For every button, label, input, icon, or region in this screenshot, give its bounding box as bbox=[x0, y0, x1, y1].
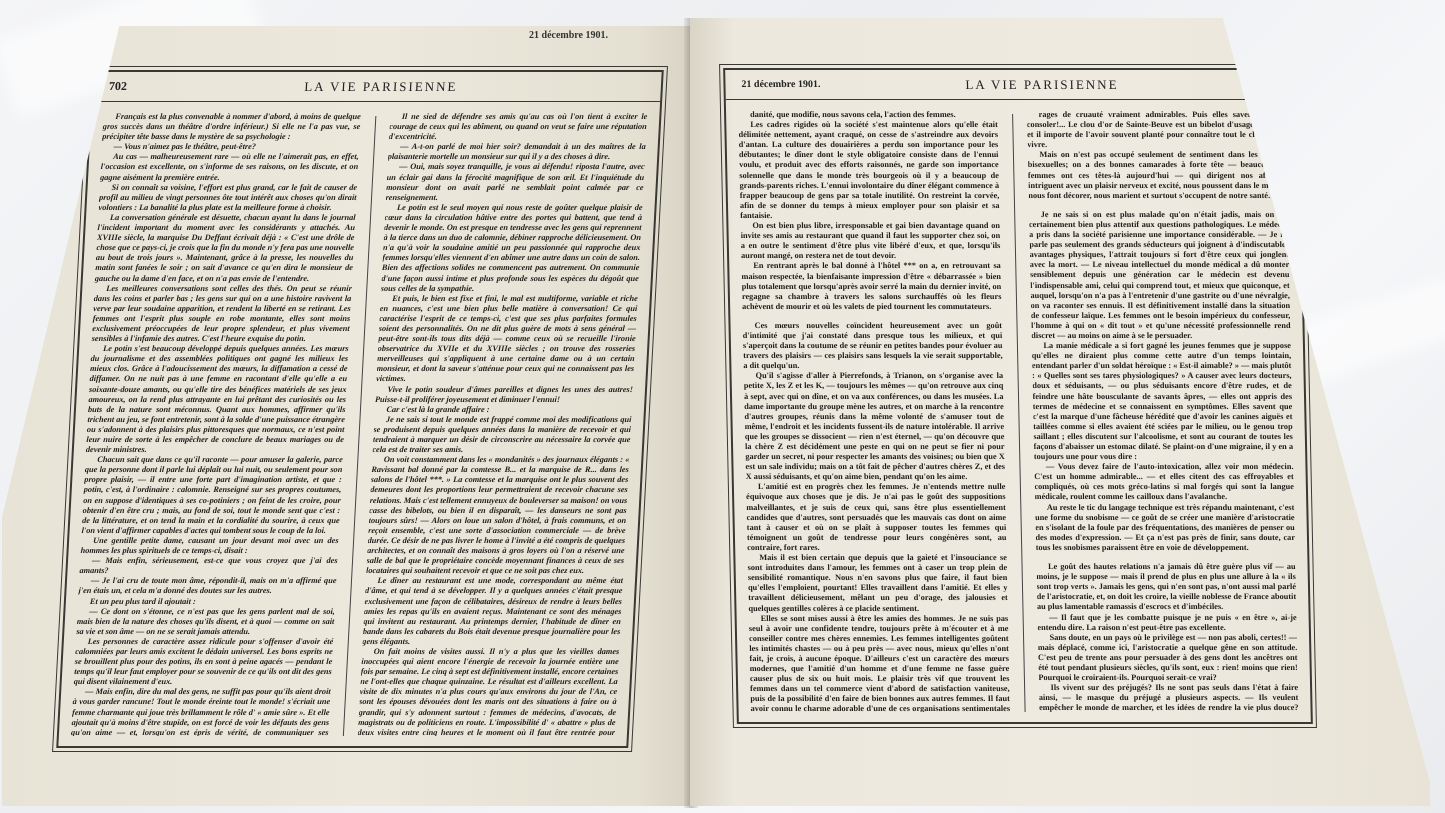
paragraph: En rentrant après le bal donné à l'hôtel… bbox=[741, 261, 1002, 311]
paragraph: Au reste le tic du langage technique est… bbox=[1035, 503, 1296, 553]
paragraph: La manie médicale a si fort gagné les je… bbox=[1031, 341, 1293, 462]
page-number: 703 bbox=[1263, 77, 1281, 92]
left-page-frame: 702 LA VIE PARISIENNE 00 Français est la… bbox=[56, 70, 664, 748]
right-page-columns: danité, que modifie, nous savons cela, l… bbox=[738, 110, 1299, 712]
paragraph: Sans doute, en un pays où le privilège e… bbox=[1037, 633, 1298, 683]
paragraph: — Oui, mais soyez tranquille, je vous ai… bbox=[385, 162, 645, 202]
paragraph: Ils vivent sur des préjugés? Ils ne sont… bbox=[1039, 683, 1299, 712]
left-page-columns: Français est la plus convenable à nommer… bbox=[71, 112, 648, 736]
right-column-1: danité, que modifie, nous savons cela, l… bbox=[738, 110, 1010, 712]
paragraph: — A-t-on parlé de moi hier soir? demanda… bbox=[387, 142, 646, 162]
paragraph: Et un peu plus tard il ajoutait : bbox=[78, 597, 336, 607]
left-page-date: 21 décembre 1901. bbox=[529, 30, 608, 41]
paragraph: On voit constamment dans les « mondanité… bbox=[366, 455, 630, 576]
paragraph: Le dîner au restaurant est une mode, cor… bbox=[362, 576, 623, 647]
paragraph: On est bien plus libre, irresponsable et… bbox=[740, 221, 1000, 261]
paragraph: Les cadres rigides où la société s'est m… bbox=[738, 120, 1000, 221]
paragraph: rages de cruauté vraiment admirables. Pu… bbox=[1027, 110, 1287, 150]
page-number: 702 bbox=[109, 79, 128, 94]
paragraph: Je ne sais si on est plus malade qu'on n… bbox=[1029, 210, 1291, 341]
paragraph: Chacun sait que dans ce qu'il raconte — … bbox=[81, 455, 343, 536]
paragraph: — Je l'ai cru de toute mon âme, répondit… bbox=[78, 576, 337, 596]
paragraph: Au cas — malheureusement rare — où elle … bbox=[100, 152, 359, 182]
publication-title: LA VIE PARISIENNE bbox=[304, 79, 458, 95]
right-page: 21 décembre 1901. LA VIE PARISIENNE 703 … bbox=[690, 18, 1430, 806]
left-page: 21 décembre 1901. 702 LA VIE PARISIENNE … bbox=[2, 26, 692, 806]
paragraph: — Mais enfin, dire du mal des gens, ne s… bbox=[71, 687, 331, 736]
paragraph: — Ce dont on s'étonne, ce n'est pas que … bbox=[76, 607, 335, 637]
paragraph: — Vous n'aimez pas le théâtre, peut-être… bbox=[101, 142, 359, 152]
paragraph: Qu'il s'agisse d'aller à Pierrefonds, à … bbox=[743, 371, 1005, 482]
paragraph: Et puis, le bien est fixe et fini, le ma… bbox=[376, 294, 638, 385]
paragraph: Si on connaît sa voisine, l'effort est p… bbox=[98, 183, 357, 213]
paragraph: danité, que modifie, nous savons cela, l… bbox=[738, 110, 998, 120]
left-column-1: Français est la plus convenable à nommer… bbox=[71, 112, 361, 736]
paragraph: Français est la plus convenable à nommer… bbox=[102, 112, 361, 142]
paragraph: Une gentille petite dame, causant un jou… bbox=[80, 536, 339, 556]
column-divider bbox=[1012, 114, 1026, 712]
paragraph: Ces mœurs nouvelles coïncident heureusem… bbox=[742, 321, 1003, 371]
left-page-header: 702 LA VIE PARISIENNE 00 bbox=[92, 72, 662, 102]
paragraph: — Mais enfin, sérieusement, est-ce que v… bbox=[79, 556, 338, 576]
right-page-frame: 21 décembre 1901. LA VIE PARISIENNE 703 … bbox=[723, 68, 1313, 724]
left-column-2: Il ne sied de défendre ses amis qu'au ca… bbox=[357, 112, 647, 736]
paragraph: — Vous devez faire de l'auto-intoxicatio… bbox=[1034, 462, 1294, 502]
right-column-2: rages de cruauté vraiment admirables. Pu… bbox=[1027, 110, 1299, 712]
paragraph: — Il faut que je les combatte puisque je… bbox=[1037, 613, 1297, 633]
paragraph: L'amitié est en progrès chez les femmes.… bbox=[746, 482, 1007, 553]
paragraph: La conversation générale est désuette, c… bbox=[95, 213, 356, 284]
page-date: 21 décembre 1901. bbox=[741, 79, 820, 90]
paragraph: Il ne sied de défendre ses amis qu'au ca… bbox=[388, 112, 647, 142]
right-page-header: 21 décembre 1901. LA VIE PARISIENNE 703 bbox=[725, 70, 1298, 100]
paragraph: Le potin s'est beaucoup développé depuis… bbox=[86, 344, 349, 455]
paragraph: Les meilleures conversations sont celles… bbox=[91, 284, 352, 345]
paragraph: Mais il est bien certain que depuis que … bbox=[747, 553, 1008, 614]
paragraph: Les personnes de caractère assez ridicul… bbox=[73, 637, 333, 687]
paragraph: Car c'est là la grande affaire : bbox=[374, 405, 632, 415]
paragraph: Mais on n'est pas occupé seulement de se… bbox=[1027, 150, 1288, 200]
paragraph: Elles se sont mises aussi à être les ami… bbox=[749, 614, 1011, 712]
paragraph: Le goût des hautes relations n'a jamais … bbox=[1036, 562, 1297, 612]
paragraph: On fait moins de visites aussi. Il n'y a… bbox=[357, 647, 619, 736]
paragraph: Je ne sais si tout le monde est frappé c… bbox=[372, 415, 632, 455]
paragraph: Vive le potin soudeur d'âmes pareilles e… bbox=[375, 385, 634, 405]
paragraph: Le potin est le seul moyen qui nous rest… bbox=[381, 203, 643, 294]
publication-title: LA VIE PARISIENNE bbox=[965, 77, 1119, 93]
